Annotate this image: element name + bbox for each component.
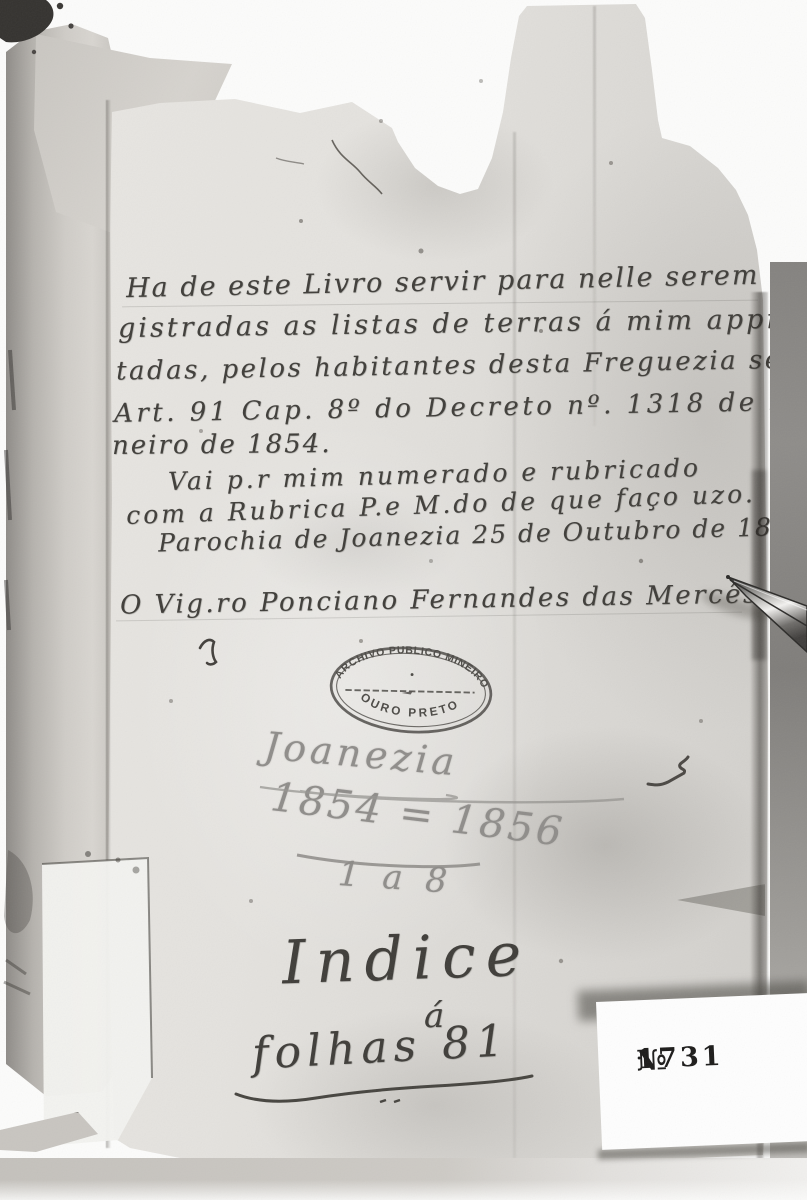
- manuscript-line: neiro de 1854.: [112, 429, 332, 461]
- pencil-note-range: 1 a 8: [337, 854, 455, 902]
- bottom-fade: [0, 1180, 807, 1200]
- gutter-shadow: [750, 292, 768, 1062]
- bottom-left-tear-patch: [42, 858, 154, 1148]
- scanned-manuscript-photo: Ha de este Livro servir para nelle serem…: [0, 0, 807, 1200]
- dirt-specks: [0, 0, 2, 2]
- catalog-number-row: № . 1731: [636, 1038, 786, 1044]
- catalog-label: № . 1731: [596, 993, 807, 1150]
- catalog-number: 1731: [636, 1041, 724, 1076]
- gutter-shadow-dark: [752, 470, 766, 660]
- index-title: Indice: [281, 920, 532, 999]
